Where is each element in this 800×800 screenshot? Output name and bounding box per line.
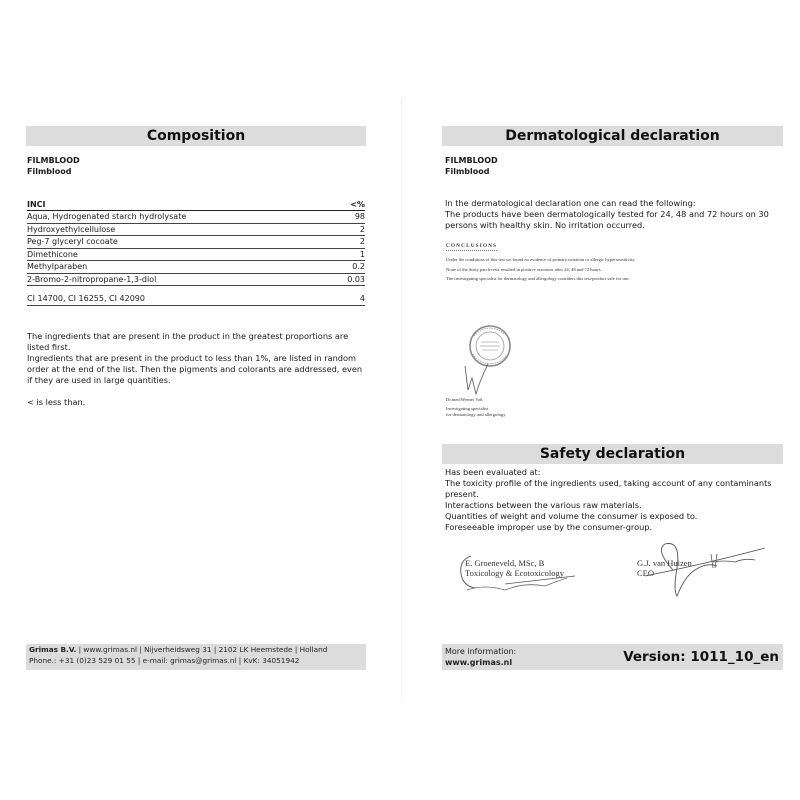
company-name: Grimas B.V. [29,645,76,654]
ingredient-value: 0.2 [352,261,365,273]
doctor-signature-icon [460,360,520,400]
table-row: Dimethicone 1 [27,249,365,262]
inci-table-header: INCI <% [27,199,365,211]
more-information-label: More information: [445,646,516,657]
note-less-than-1: Ingredients that are present in the prod… [27,353,367,386]
dermatological-text: In the dermatological declaration one ca… [445,198,785,231]
safety-line: Foreseeable improper use by the consumer… [445,522,785,533]
product-name: Filmblood [445,166,498,177]
doctor-role-line2: for dermatology and allergology [446,412,566,417]
conclusion-paragraph: Under the conditions of this test we fou… [446,257,671,262]
signatory-name: G.J. van Huizen [637,558,692,568]
version-label: Version: 1011_10_en [623,649,779,665]
safety-text: Has been evaluated at: The toxicity prof… [445,467,785,533]
inci-header-value: <% [350,199,365,210]
safety-signatures: E. Groeneveld, MSc, B Toxicology & Ecoto… [445,540,785,600]
page-composition: Composition FILMBLOOD Filmblood INCI <% … [0,0,401,800]
signatory-role: Toxicology & Ecotoxicology [465,568,564,578]
dermatological-title: Dermatological declaration [442,126,783,146]
ingredient-value: 2 [360,224,365,236]
note-order: The ingredients that are present in the … [27,331,367,353]
ingredient-name: Methylparaben [27,261,87,273]
colorants-value: 4 [360,293,365,305]
conclusion-paragraph: The investigating specialist for dermato… [446,276,671,281]
product-name-upper: FILMBLOOD [27,155,80,166]
safety-line: Has been evaluated at: [445,467,785,478]
company-address: | www.grimas.nl | Nijverheidsweg 31 | 21… [76,645,327,654]
composition-title: Composition [26,126,366,146]
conclusions-heading: CONCLUSIONS [446,244,497,251]
safety-line: Quantities of weight and volume the cons… [445,511,785,522]
ingredient-value: 2 [360,236,365,248]
dermatological-statement: The products have been dermatologically … [445,209,785,231]
doctor-signature-block: Dr.med.Werner Voß Investigating speciali… [446,397,566,417]
ingredient-value: 0.03 [347,274,365,286]
ingredient-name: Hydroxyethylcellulose [27,224,115,236]
product-name: Filmblood [27,166,80,177]
table-gap [27,286,365,293]
table-row: 2-Bromo-2-nitropropane-1,3-diol 0.03 [27,274,365,287]
scanned-conclusions: CONCLUSIONS Under the conditions of this… [446,243,671,286]
composition-product: FILMBLOOD Filmblood [27,155,80,177]
company-footer: Grimas B.V. | www.grimas.nl | Nijverheid… [26,644,366,670]
version-footer: More information: www.grimas.nl Version:… [442,644,783,670]
inci-table: INCI <% Aqua, Hydrogenated starch hydrol… [27,199,365,306]
ingredient-name: Dimethicone [27,249,78,261]
ingredient-name: 2-Bromo-2-nitropropane-1,3-diol [27,274,156,286]
product-name-upper: FILMBLOOD [445,155,498,166]
ingredient-name: Peg-7 glyceryl cocoate [27,236,118,248]
more-information: More information: www.grimas.nl [445,646,516,668]
colorants-name: CI 14700, CI 16255, CI 42090 [27,293,145,305]
ingredient-value: 98 [355,211,365,223]
table-row: Aqua, Hydrogenated starch hydrolysate 98 [27,211,365,224]
table-row-colorants: CI 14700, CI 16255, CI 42090 4 [27,293,365,306]
composition-notes: The ingredients that are present in the … [27,331,367,408]
inci-header-name: INCI [27,199,46,210]
safety-line: Interactions between the various raw mat… [445,500,785,511]
ingredient-value: 1 [360,249,365,261]
company-footer-line2: Phone.: +31 (0)23 529 01 55 | e-mail: gr… [29,656,363,667]
note-symbol: < is less than. [27,397,367,408]
conclusion-paragraph: None of the thirty patch-tests resulted … [446,267,671,272]
company-footer-line1: Grimas B.V. | www.grimas.nl | Nijverheid… [29,645,363,656]
signatory-role: CEO [637,568,692,578]
website-link[interactable]: www.grimas.nl [445,657,516,668]
signatory-groeneveld: E. Groeneveld, MSc, B Toxicology & Ecoto… [465,558,564,578]
table-row: Peg-7 glyceryl cocoate 2 [27,236,365,249]
safety-title: Safety declaration [442,444,783,464]
safety-line: The toxicity profile of the ingredients … [445,478,785,500]
signatory-name: E. Groeneveld, MSc, B [465,558,564,568]
table-row: Methylparaben 0.2 [27,261,365,274]
dermatological-intro: In the dermatological declaration one ca… [445,198,785,209]
ingredient-name: Aqua, Hydrogenated starch hydrolysate [27,211,186,223]
signatory-van-huizen: G.J. van Huizen CEO [637,558,692,578]
table-row: Hydroxyethylcellulose 2 [27,224,365,237]
dermatological-product: FILMBLOOD Filmblood [445,155,498,177]
